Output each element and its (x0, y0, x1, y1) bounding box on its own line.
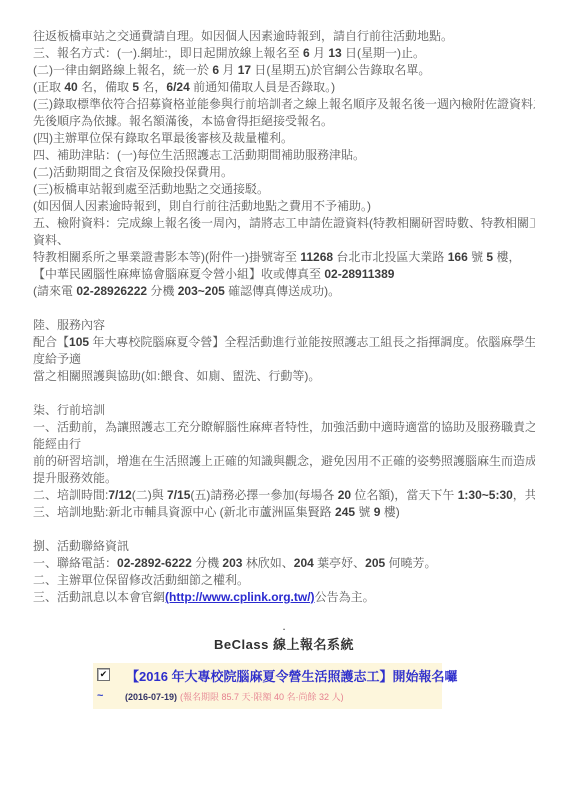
number-text: 02-2892-6222 (117, 556, 192, 570)
number-text: 02-28926222 (76, 284, 147, 298)
body-text: 分機 (192, 556, 223, 570)
body-text: 度給予適 (33, 352, 81, 366)
document-line: 能經由行 (33, 436, 535, 453)
document-line: 五、檢附資料：完成線上報名後一周內，請將志工申請佐證資料(特教相關研習時數、特教… (33, 215, 535, 232)
body-text: 配合【 (33, 335, 69, 349)
event-checkbox[interactable]: ✔ (97, 668, 110, 681)
body-text: 資料、 (33, 233, 69, 247)
body-text: (五)請務必擇一參加(每場各 (190, 488, 337, 502)
body-text: 樓) (380, 505, 399, 519)
body-text: 林欣如、 (242, 556, 293, 570)
body-text: 前的研習培訓，增進在生活照護上正確的知識與觀念，避免因用不正確的姿勢照護腦麻生而… (33, 454, 535, 468)
body-text: 能經由行 (33, 437, 81, 451)
body-text: (四)主辦單位保有錄取名單最後審核及裁量權利。 (33, 131, 293, 145)
document-line: (請來電 02-28926222 分機 203~205 確認傳真傳送成功)。 (33, 283, 535, 300)
document-line: 度給予適 (33, 351, 535, 368)
body-text: 三、活動訊息以本會官網 (33, 590, 165, 604)
document-line (33, 300, 535, 317)
body-text: 柒、行前培訓 (33, 403, 105, 417)
body-text: 五、檢附資料：完成線上報名後一周內，請將志工申請佐證資料(特教相關研習時數、特教… (33, 216, 535, 230)
document-line: 三、報名方式：(一).網址:，即日起開放線上報名至 6 月 13 日(星期一)止… (33, 45, 535, 62)
document-line: 特教相關系所之畢業證書影本等)(附件一)掛號寄至 11268 台北市北投區大業路… (33, 249, 535, 266)
document-line: 前的研習培訓，增進在生活照護上正確的知識與觀念，避免因用不正確的姿勢照護腦麻生而… (33, 453, 535, 470)
body-text: 三、培訓地點:新北市輔具資源中心 (新北市蘆洲區集賢路 (33, 505, 335, 519)
page: 往返板橋車站之交通費請自理。如因個人因素逾時報到，請自行前往活動地點。三、報名方… (0, 0, 566, 800)
number-text: 166 (448, 250, 468, 264)
body-text: 【中華民國腦性麻痺協會腦麻夏令營小組】收或傳真至 (33, 267, 324, 281)
document-line: 三、活動訊息以本會官網(http://www.cplink.org.tw/)公告… (33, 589, 535, 606)
number-text: 1:30~5:30 (458, 488, 513, 502)
document-line: (二)活動期間之食宿及保險投保費用。 (33, 164, 535, 181)
document-line: (三)錄取標準依符合招募資格並能參與行前培訓者之線上報名順序及報名後一週內檢附佐… (33, 96, 535, 113)
document-line: (正取 40 名，備取 5 名，6/24 前通知備取人員是否錄取。) (33, 79, 535, 96)
body-text: (如因個人因素逾時報到，則自行前往活動地點之費用不予補助。) (33, 199, 371, 213)
body-text: 分機 (147, 284, 178, 298)
body-text: 二、主辦單位保留修改活動細節之權利。 (33, 573, 249, 587)
document-line: 二、培訓時間:7/12(二)與 7/15(五)請務必擇一參加(每場各 20 位名… (33, 487, 535, 504)
body-text: (正取 (33, 80, 64, 94)
document-body: 往返板橋車站之交通費請自理。如因個人因素逾時報到，請自行前往活動地點。三、報名方… (33, 28, 535, 653)
body-text: ，共四小時。 (513, 488, 535, 502)
document-line: (如因個人因素逾時報到，則自行前往活動地點之費用不予補助。) (33, 198, 535, 215)
document-line: 一、聯絡電話：02-2892-6222 分機 203 林欣如、204 葉亭妤、2… (33, 555, 535, 572)
number-text: 6/24 (166, 80, 189, 94)
body-text: 名，備取 (78, 80, 133, 94)
number-text: 203~205 (178, 284, 225, 298)
listing-title-row: ✔ 【2016 年大專校院腦麻夏令營生活照護志工】開始報名囉 (97, 666, 436, 685)
body-text: 何曉芳。 (385, 556, 436, 570)
document-lines: 往返板橋車站之交通費請自理。如因個人因素逾時報到，請自行前往活動地點。三、報名方… (33, 28, 535, 606)
number-text: 40 (64, 80, 77, 94)
number-text: 13 (328, 46, 341, 60)
body-text: 特教相關系所之畢業證書影本等)(附件一)掛號寄至 (33, 250, 300, 264)
number-text: 02-28911389 (324, 267, 394, 281)
document-line: 柒、行前培訓 (33, 402, 535, 419)
event-listing-box: ✔ 【2016 年大專校院腦麻夏令營生活照護志工】開始報名囉 ~ (2016-0… (93, 663, 442, 709)
listing-meta-row: ~ (2016-07-19) (報名期限 85.7 天·限額 40 名·尚餘 3… (97, 690, 436, 703)
body-text: 葉亭妤、 (314, 556, 365, 570)
document-line: 陸、服務內容 (33, 317, 535, 334)
body-text: 一、活動前，為讓照護志工充分瞭解腦性麻痺者特性，加強活動中適時適當的協助及服務職… (33, 420, 535, 434)
number-text: 20 (338, 488, 351, 502)
document-line (33, 521, 535, 538)
body-text: 二、培訓時間: (33, 488, 108, 502)
body-text: 四、補助津貼：(一)每位生活照護志工活動期間補助服務津貼。 (33, 148, 365, 162)
body-text: 號 (355, 505, 374, 519)
document-line: (三)板橋車站報到處至活動地點之交通接駁。 (33, 181, 535, 198)
document-line: 提升服務效能。 (33, 470, 535, 487)
body-text: 月 (310, 46, 329, 60)
number-text: 105 (69, 335, 89, 349)
document-line: 配合【105 年大專校院腦麻夏令營】全程活動進行並能按照護志工組長之指揮調度。依… (33, 334, 535, 351)
body-text: 捌、活動聯絡資訊 (33, 539, 129, 553)
number-text: 7/15 (167, 488, 190, 502)
document-line: 捌、活動聯絡資訊 (33, 538, 535, 555)
body-text: 公告為主。 (315, 590, 375, 604)
body-text: 當之相關照護與協助(如:餵食、如廁、盥洗、行動等)。 (33, 369, 320, 383)
body-text: 日(星期一)止。 (342, 46, 425, 60)
document-line: (二)一律由網路線上報名，統一於 6 月 17 日(星期五)於官網公告錄取名單。 (33, 62, 535, 79)
body-text: 日(星期五)於官網公告錄取名單。 (251, 63, 430, 77)
body-text: 位名額)，當天下午 (351, 488, 458, 502)
body-text: 往返板橋車站之交通費請自理。如因個人因素逾時報到，請自行前往活動地點。 (33, 29, 453, 43)
document-line: 三、培訓地點:新北市輔具資源中心 (新北市蘆洲區集賢路 245 號 9 樓) (33, 504, 535, 521)
date-range-tilde: ~ (97, 691, 110, 702)
number-text: 6 (212, 63, 219, 77)
beclass-system-title: BeClass 線上報名系統 (33, 636, 535, 653)
number-text: 11268 (300, 250, 333, 264)
number-text: 205 (365, 556, 385, 570)
event-quota-info: (報名期限 85.7 天·限額 40 名·尚餘 32 人) (180, 690, 344, 703)
body-text: 陸、服務內容 (33, 318, 105, 332)
document-line: 四、補助津貼：(一)每位生活照護志工活動期間補助服務津貼。 (33, 147, 535, 164)
body-text: 一、聯絡電話： (33, 556, 117, 570)
body-text: 三、報名方式：(一).網址:，即日起開放線上報名至 (33, 46, 303, 60)
checkmark-icon: ✔ (100, 670, 108, 679)
body-text: 台北市北投區大業路 (333, 250, 448, 264)
body-text: 確認傳真傳送成功)。 (225, 284, 340, 298)
document-line: 資料、 (33, 232, 535, 249)
document-line: 二、主辦單位保留修改活動細節之權利。 (33, 572, 535, 589)
body-text: (二)活動期間之食宿及保險投保費用。 (33, 165, 233, 179)
document-line: 【中華民國腦性麻痺協會腦麻夏令營小組】收或傳真至 02-28911389 (33, 266, 535, 283)
body-text: 樓， (493, 250, 520, 264)
cplink-url-link[interactable]: (http://www.cplink.org.tw/) (165, 590, 315, 604)
body-text: (二)與 (132, 488, 167, 502)
number-text: 7/12 (108, 488, 131, 502)
document-line: 先後順序為依據。報名額滿後，本協會得拒絕接受報名。 (33, 113, 535, 130)
stray-period: . (33, 618, 535, 635)
body-text: (三)板橋車站報到處至活動地點之交通接駁。 (33, 182, 269, 196)
body-text: 名， (139, 80, 166, 94)
number-text: 6 (303, 46, 310, 60)
number-text: 245 (335, 505, 355, 519)
number-text: 203 (222, 556, 242, 570)
document-line: (四)主辦單位保有錄取名單最後審核及裁量權利。 (33, 130, 535, 147)
event-title-link[interactable]: 【2016 年大專校院腦麻夏令營生活照護志工】開始報名囉 (126, 666, 458, 685)
number-text: 17 (238, 63, 251, 77)
body-text: (三)錄取標準依符合招募資格並能參與行前培訓者之線上報名順序及報名後一週內檢附佐… (33, 97, 535, 111)
body-text: 提升服務效能。 (33, 471, 117, 485)
document-line: 一、活動前，為讓照護志工充分瞭解腦性麻痺者特性，加強活動中適時適當的協助及服務職… (33, 419, 535, 436)
body-text: 號 (468, 250, 487, 264)
document-line: 往返板橋車站之交通費請自理。如因個人因素逾時報到，請自行前往活動地點。 (33, 28, 535, 45)
body-text: 月 (219, 63, 238, 77)
body-text: (二)一律由網路線上報名，統一於 (33, 63, 212, 77)
document-line: 當之相關照護與協助(如:餵食、如廁、盥洗、行動等)。 (33, 368, 535, 385)
body-text: 年大專校院腦麻夏令營】全程活動進行並能按照護志工組長之指揮調度。依腦麻學生各障礙… (89, 335, 535, 349)
document-line (33, 385, 535, 402)
body-text: 前通知備取人員是否錄取。) (190, 80, 335, 94)
body-text: (請來電 (33, 284, 76, 298)
event-date: (2016-07-19) (125, 692, 177, 702)
number-text: 204 (294, 556, 314, 570)
body-text: 先後順序為依據。報名額滿後，本協會得拒絕接受報名。 (33, 114, 333, 128)
